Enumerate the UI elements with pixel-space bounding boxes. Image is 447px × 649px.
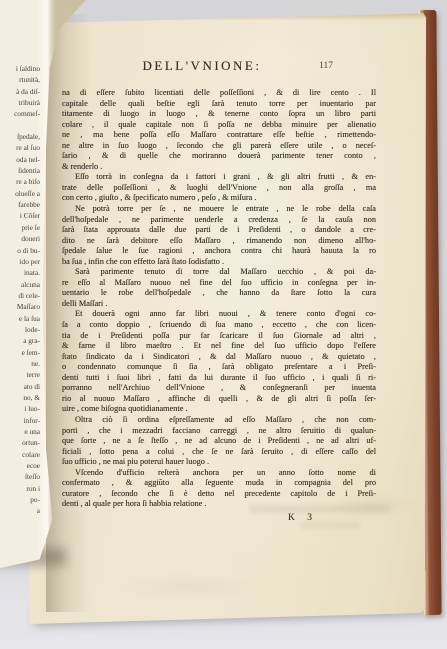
fragment-line: e la ſua — [0, 313, 40, 324]
body-text: na di eſſere ſubito licentiati delle poſ… — [62, 88, 376, 510]
fragment-line: di cele- — [0, 290, 40, 301]
fragment-line: Maſſaro — [0, 301, 40, 312]
text-line: & farne il libro maeſtro . Et nel fine d… — [62, 341, 376, 352]
fragment-line: a — [0, 505, 40, 516]
text-line: ſtato ſindicato da i Sindicatori , & dal… — [62, 352, 376, 363]
text-line: ſa a conto doppio , ſcriuendo di ſua man… — [62, 320, 376, 331]
text-line: tia de i Preſidenti poſſa pur far ſcaric… — [62, 331, 376, 342]
text-line: confermato , & aggiũto alla ſeguente mud… — [62, 478, 376, 489]
text-line: delli Maſſari . — [62, 299, 376, 310]
text-line: rio al nuouo Maſſaro , affinche di quell… — [62, 394, 376, 405]
text-line: porranno nell'Archiuo dell'Vnione , & co… — [62, 383, 376, 394]
text-line: & renderlo . — [62, 162, 376, 173]
text-line: ſarà ſtata approuata dalle due parti de … — [62, 225, 376, 236]
signature-mark: K 3 — [288, 513, 312, 523]
fragment-line: a gra- — [0, 335, 40, 346]
text-line: Sarà parimente tenuto di torre dal Maſſa… — [62, 267, 376, 278]
fragment-line: colare — [0, 449, 40, 460]
fragment-line: prie ſe — [0, 222, 40, 233]
fragment-line: ortun- — [0, 437, 40, 448]
fragment-line: ido per — [0, 256, 40, 267]
fragment-line: infor- — [0, 415, 40, 426]
fragment-line: lode- — [0, 324, 40, 335]
fragment-line: i Cõſer — [0, 210, 40, 221]
page-header: DELL'VNIONE: 117 — [62, 58, 376, 88]
fragment-line: alcuna — [0, 279, 40, 290]
text-line: uire , come biſogna quotidianamente . — [62, 404, 376, 415]
text-line: dell'hoſpedale , ne parimente uenderle a… — [62, 215, 376, 226]
fragment-line: inata. — [0, 267, 40, 278]
text-line: dito ne ſarà debitore eſſo Maſſaro , rim… — [62, 236, 376, 247]
text-line: curatore , ſecondo che ſi è detto nel pr… — [62, 489, 376, 500]
fragment-line: ron i — [0, 483, 40, 494]
text-line: ficiali , ſotto pena a colui , che ſe ne… — [62, 447, 376, 458]
fragment-line: terre — [0, 369, 40, 380]
fragment-line: commeſ- — [0, 108, 40, 119]
fragment-line: re a biſo — [0, 176, 40, 187]
fragment-line: re al ſuo — [0, 142, 40, 153]
previous-page-fragments: i ſaldinortunità,à da diſ-tribuiràcommeſ… — [0, 63, 40, 517]
photo-background: DELL'VNIONE: 117 na di eſſere ſubito lic… — [0, 0, 447, 649]
fragment-line: o di bu- — [0, 245, 40, 256]
fragment-line: à da diſ- — [0, 86, 40, 97]
text-line: ba ſua , infin che con effetto ſarà ſtat… — [62, 257, 376, 268]
fragment-line: oda nel- — [0, 154, 40, 165]
fragment-line: ato di — [0, 381, 40, 392]
fragment-line: olueſſe a — [0, 188, 40, 199]
fragment-line: tribuirà — [0, 97, 40, 108]
text-line: Et douerà ogni anno far libri nuoui , & … — [62, 309, 376, 320]
fragment-line: i ſaldino — [0, 63, 40, 74]
fragment-line: e ſem- — [0, 347, 40, 358]
text-line: ne altre in ſuo luogo , ſecondo che gli … — [62, 141, 376, 152]
fragment-line: ſteſſo — [0, 471, 40, 482]
text-line: que ſorte , ne a ſe ſteſſo , ne ad alcun… — [62, 436, 376, 447]
text-line: Ne potrà torre per ſe , ne mouere le ent… — [62, 204, 376, 215]
text-line: na di eſſere ſubito licentiati delle poſ… — [62, 88, 376, 99]
text-line: colare , il quale capitale non ſi poſſa … — [62, 120, 376, 131]
fragment-line: i luo- — [0, 403, 40, 414]
fragment-line: no, & — [0, 392, 40, 403]
fragment-line: rtunità, — [0, 74, 40, 85]
page-number: 117 — [319, 61, 333, 71]
show-through-smudge — [300, 522, 360, 529]
text-line: titamente di luogo in luogo , & tenerne … — [62, 109, 376, 120]
text-line: trate delle poſſeſſioni , & luoghi dell'… — [62, 183, 376, 194]
fragment-line: ſidentia — [0, 165, 40, 176]
text-line: o condennato comunque ſi ſia , ſarà obli… — [62, 362, 376, 373]
text-line: porti , che i mezzadri facciano carreggi… — [62, 426, 376, 437]
page-content: DELL'VNIONE: 117 na di eſſere ſubito lic… — [62, 58, 376, 510]
text-line: con certo , giuſto , & ſpecificato numer… — [62, 193, 376, 204]
text-line: ſuo ufficio , ne mai piu poterui hauer l… — [62, 457, 376, 468]
text-line: capitale delle quali beſtie egli ſarà te… — [62, 99, 376, 110]
fragment-line: ecoe — [0, 460, 40, 471]
text-line: re eſſo al Maſſaro nuouo nel fine del ſu… — [62, 278, 376, 289]
fragment-line: ne. — [0, 358, 40, 369]
text-line: ſario , & di quelle che moriranno douerà… — [62, 151, 376, 162]
text-line: uentario le robe dell'hoſpedale , che ha… — [62, 288, 376, 299]
text-line: denti , al quale per hora ſi habbia rela… — [62, 499, 376, 510]
fragment-line: ſpedale, — [0, 131, 40, 142]
text-line: Oltra ciò ſi ordina eſpreſſamente ad eſſ… — [62, 415, 376, 426]
fragment-line: farebbe — [0, 199, 40, 210]
fragment-line: e una — [0, 426, 40, 437]
text-line: ne , ma bene poſſa eſſo Maſſaro contratt… — [62, 130, 376, 141]
text-line: ſpedale ſalue le ſue ragioni , anchora c… — [62, 246, 376, 257]
fragment-line: doueri — [0, 233, 40, 244]
text-line: denti tutti i ſuoi libri , fatti da lui … — [62, 373, 376, 384]
text-line: Eſſo torrà in conſegna da i fattori i gr… — [62, 172, 376, 183]
fragment-line: po- — [0, 494, 40, 505]
fragment-line — [0, 120, 40, 131]
paper-stain — [118, 572, 258, 602]
text-line: Vſcendo d'ufficio reſterà anchora per un… — [62, 468, 376, 479]
